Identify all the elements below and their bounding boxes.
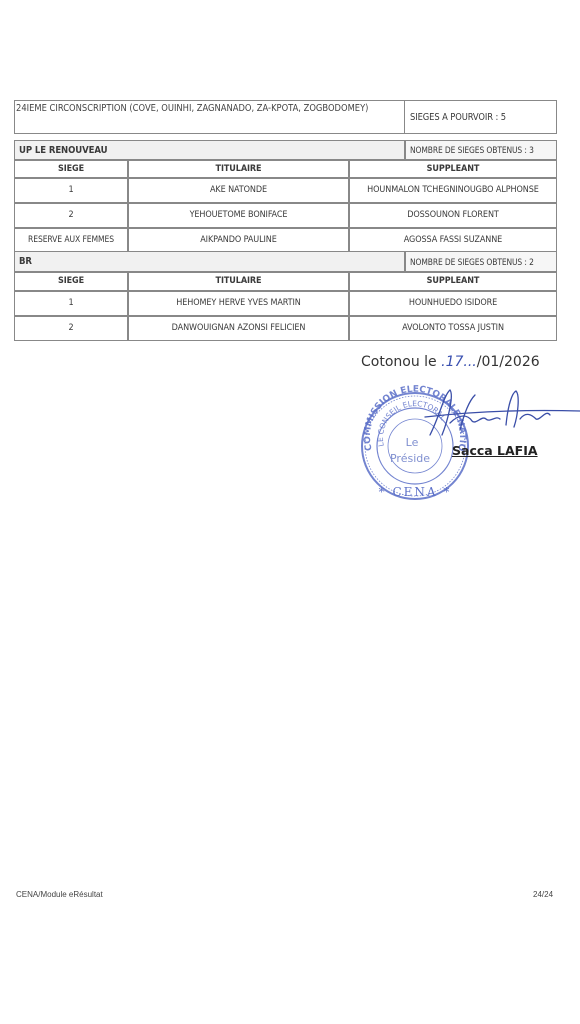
date-suffix: /01/2026 bbox=[477, 354, 540, 370]
column-header-titulaire: TITULAIRE bbox=[129, 160, 348, 177]
svg-text:Préside: Préside bbox=[390, 452, 430, 465]
circonscription-title: 24IEME CIRCONSCRIPTION (COVE, OUINHI, ZA… bbox=[16, 103, 401, 115]
party-name: UP LE RENOUVEAU bbox=[15, 141, 405, 159]
table-row-suppleant: HOUNMALON TCHEGNINOUGBO ALPHONSE bbox=[350, 178, 556, 202]
handwritten-signature-icon bbox=[420, 385, 580, 445]
table-row-titulaire: HEHOMEY HERVE YVES MARTIN bbox=[129, 291, 348, 315]
footer-module: CENA/Module eRésultat bbox=[16, 890, 103, 899]
signatory-name: Sacca LAFIA bbox=[452, 443, 538, 458]
table-row-suppleant: AVOLONTO TOSSA JUSTIN bbox=[350, 316, 556, 340]
page-number: 24/24 bbox=[533, 890, 553, 899]
table-row-titulaire: AIKPANDO PAULINE bbox=[129, 228, 348, 252]
svg-text:* CENA *: * CENA * bbox=[379, 485, 452, 499]
table-row-siege: RESERVE AUX FEMMES bbox=[15, 228, 127, 252]
table-row-suppleant: DOSSOUNON FLORENT bbox=[350, 203, 556, 227]
table-row-siege: 2 bbox=[15, 316, 127, 340]
table-row-siege: 2 bbox=[15, 203, 127, 227]
sieges-a-pourvoir: SIEGES A POURVOIR : 5 bbox=[406, 101, 556, 133]
table-row-siege: 1 bbox=[15, 291, 127, 315]
table-row-siege: 1 bbox=[15, 178, 127, 202]
column-header-siege: SIEGE bbox=[15, 160, 127, 177]
table-row-titulaire: YEHOUETOME BONIFACE bbox=[129, 203, 348, 227]
date-day-handwritten: .17... bbox=[441, 354, 477, 370]
column-header-suppleant: SUPPLEANT bbox=[350, 272, 556, 290]
column-header-siege: SIEGE bbox=[15, 272, 127, 290]
svg-text:Le: Le bbox=[406, 436, 419, 449]
table-row-suppleant: HOUNHUEDO ISIDORE bbox=[350, 291, 556, 315]
table-row-titulaire: AKE NATONDE bbox=[129, 178, 348, 202]
date-prefix: Cotonou le bbox=[361, 354, 441, 370]
table-row-suppleant: AGOSSA FASSI SUZANNE bbox=[350, 228, 556, 252]
party-seats: NOMBRE DE SIEGES OBTENUS : 2 bbox=[406, 252, 556, 271]
table-row-titulaire: DANWOUIGNAN AZONSI FELICIEN bbox=[129, 316, 348, 340]
party-name: BR bbox=[15, 252, 405, 271]
party-seats: NOMBRE DE SIEGES OBTENUS : 3 bbox=[406, 141, 556, 159]
signature-date: Cotonou le .17.../01/2026 bbox=[361, 354, 540, 370]
column-header-suppleant: SUPPLEANT bbox=[350, 160, 556, 177]
column-header-titulaire: TITULAIRE bbox=[129, 272, 348, 290]
